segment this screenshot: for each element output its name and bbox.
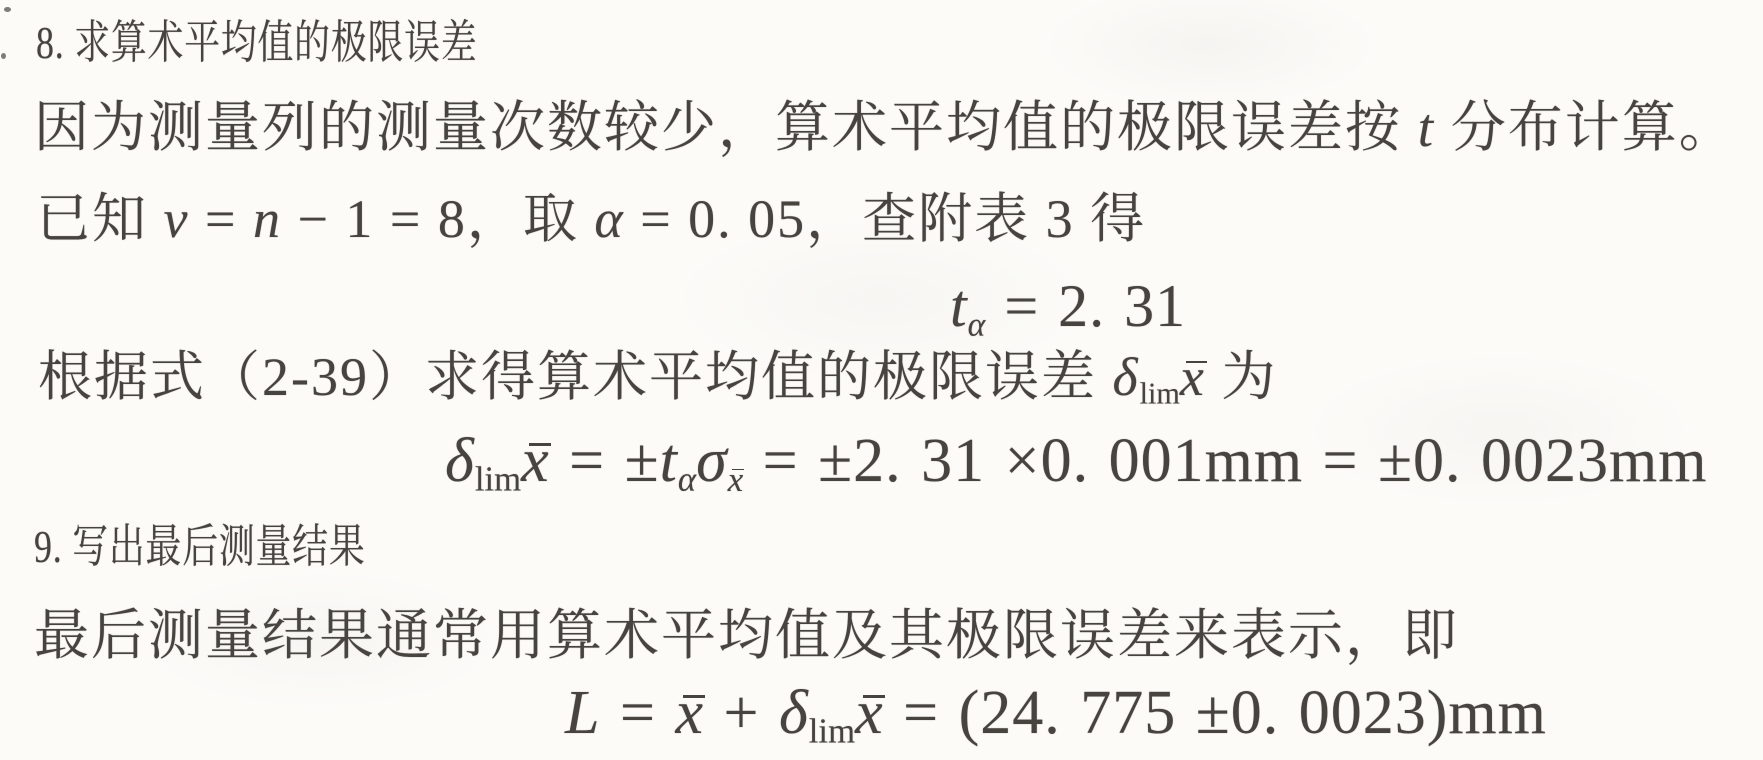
text-run: = ± bbox=[550, 427, 660, 495]
text-run: + bbox=[704, 679, 779, 747]
text-run: 根据式（2-39）求得算术平均值的极限误差 bbox=[38, 347, 1112, 407]
reference-formula-line: 根据式（2-39）求得算术平均值的极限误差 δlimx 为 bbox=[38, 350, 1277, 409]
subscript-lim: lim bbox=[1140, 376, 1180, 410]
var-delta: δ bbox=[1112, 347, 1139, 407]
var-x-bar: x bbox=[675, 679, 704, 747]
var-n: n bbox=[253, 189, 282, 249]
text-run: = 2. 31 bbox=[985, 273, 1186, 339]
text-run: 分布计算。 bbox=[1435, 97, 1736, 158]
scanned-textbook-page: 8. 求算术平均值的极限误差 因为测量列的测量次数较少，算术平均值的极限误差按 … bbox=[0, 0, 1763, 760]
text-run: = bbox=[189, 189, 252, 249]
subscript-x-bar: x bbox=[728, 460, 743, 499]
subscript-lim: lim bbox=[475, 460, 521, 499]
text-run: = bbox=[600, 679, 675, 747]
text-run: = ±2. 31 ×0. 001mm = ±0. 0023mm bbox=[743, 427, 1707, 495]
var-nu: ν bbox=[164, 189, 190, 249]
text-run: 为 bbox=[1206, 347, 1278, 407]
text-run: 已知 bbox=[36, 189, 164, 249]
paragraph-step-9: 最后测量结果通常用算术平均值及其极限误差来表示，即 bbox=[34, 608, 1459, 663]
formula-t-alpha-value: tα = 2. 31 bbox=[950, 276, 1186, 342]
var-x-bar: x bbox=[1180, 347, 1206, 407]
var-t: t bbox=[1418, 97, 1435, 158]
var-delta: δ bbox=[779, 679, 809, 747]
formula-limit-error: δlimx = ±tασx = ±2. 31 ×0. 001mm = ±0. 0… bbox=[445, 430, 1708, 497]
subscript-lim: lim bbox=[809, 712, 855, 751]
subscript-alpha: α bbox=[968, 306, 986, 343]
paragraph-step-8: 因为测量列的测量次数较少，算术平均值的极限误差按 t 分布计算。 bbox=[34, 100, 1736, 155]
heading-step-8: 8. 求算术平均值的极限误差 bbox=[36, 20, 477, 66]
var-x-bar: x bbox=[855, 679, 884, 747]
text-run: = (24. 775 ±0. 0023)mm bbox=[884, 679, 1547, 747]
formula-final-result: L = x + δlimx = (24. 775 ±0. 0023)mm bbox=[565, 682, 1547, 749]
text-run: − 1 = 8，取 bbox=[282, 189, 594, 249]
subscript-alpha: α bbox=[678, 460, 696, 499]
var-L: L bbox=[565, 679, 600, 747]
var-x-bar: x bbox=[521, 427, 550, 495]
heading-step-9: 9. 写出最后测量结果 bbox=[34, 524, 366, 570]
scan-speck bbox=[1, 53, 6, 59]
scan-speck bbox=[4, 7, 11, 12]
given-values-line: 已知 ν = n − 1 = 8，取 α = 0. 05，查附表 3 得 bbox=[36, 192, 1146, 246]
var-alpha: α bbox=[594, 189, 624, 249]
text-run: 因为测量列的测量次数较少，算术平均值的极限误差按 bbox=[34, 97, 1418, 158]
var-delta: δ bbox=[445, 427, 475, 495]
var-t: t bbox=[660, 427, 678, 495]
var-t: t bbox=[950, 273, 968, 339]
var-sigma: σ bbox=[696, 427, 728, 495]
text-run: 最后测量结果通常用算术平均值及其极限误差来表示，即 bbox=[34, 605, 1459, 666]
text-run: = 0. 05，查附表 3 得 bbox=[625, 189, 1146, 249]
